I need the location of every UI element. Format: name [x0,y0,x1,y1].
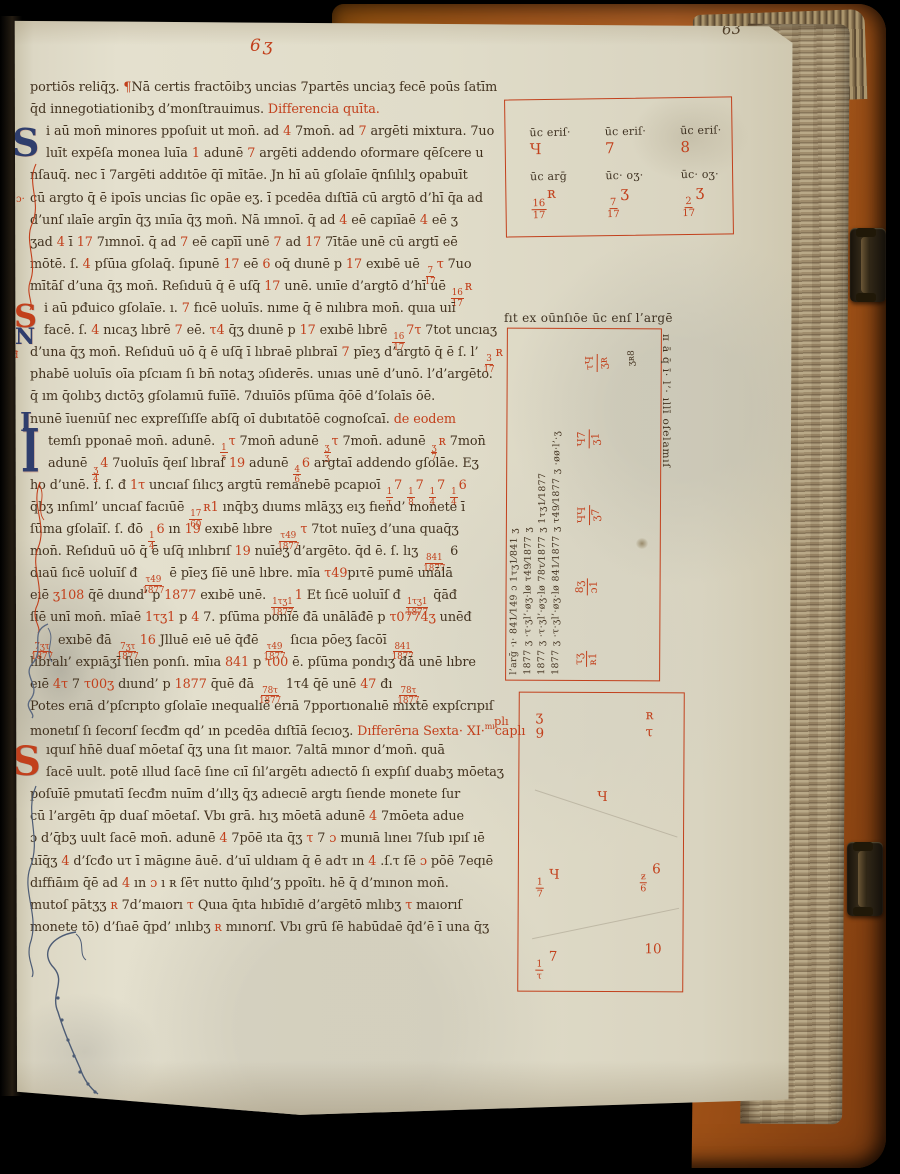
illuminated-initial: N [15,326,35,348]
box2-caption: fıt ex oūnſıōe ūc enſ l’argē [504,311,673,325]
text-run: ī [65,235,77,250]
text-line: nſauq̄. nec ī 7argēti addıtōe q̄ī mītāe.… [30,170,468,183]
text-run: 7uo [444,257,472,272]
text-run: τ00ʒ [84,677,114,692]
text-run: eē capıīaē [347,213,420,228]
text-run: Nā certis fractōibʒ uncias 7partēs uncia… [131,80,497,95]
text-line: nunē īuenıūſ nec expreſſıſſe abſq̄ oī du… [30,414,456,427]
text-run: luīt expēſa monea luīa [46,146,192,161]
text-run: ſacē uult. potē ıllud ſacē ſıne cıī ſıl’… [46,765,504,780]
text-run: pōē 7eqıē [427,854,493,869]
text-run: 7 [341,345,349,360]
text-line: poſuīē pmutatī ſecđm nuīm d’ıllʒ q̄ʒ adı… [30,789,460,802]
alloy-cell-label: ūc arḡ [530,170,582,184]
text-run: ın [130,876,150,891]
text-run: adunē [200,146,247,161]
text-run: τ [332,434,339,449]
diagram-value: ʀτ [646,707,654,741]
text-run: adunē [245,456,292,471]
inline-fraction: 717 [607,198,620,220]
text-run: τ00 [265,655,288,670]
text-run: 7 [182,301,190,316]
text-run: 4 [57,235,65,250]
text-run: 1τ [130,478,145,493]
text-run: pıτē pumē unālā [347,566,453,581]
text-run: q̄ʒ dıunē p [225,323,300,338]
rotated-red-fraction: τʒʀ1 [574,651,598,667]
text-run: 7τ [406,323,421,338]
text-run: mınorıſ. Vbı grū ſē habūdaē q̄d’ē ī una … [222,920,489,935]
text-run: facē. ſ. [44,323,91,338]
text-run: ı ʀ ſēτ nutto q̄ılıd’ʒ ppoītı. hē q̄ d’m… [157,876,449,891]
text-run: 7tot uncıaʒ [421,323,497,338]
alloy-cell-value: 217ʒ [681,181,733,219]
text-run: ad [282,235,306,250]
inline-fraction: ƶ6 [640,872,647,893]
text-run: ın [165,522,185,537]
text-run: 6 [156,522,164,537]
text-run: 6 [459,478,467,493]
alloy-cell-label: ūc eriſ· [680,123,732,137]
text-run: ʀ1 [203,500,218,515]
text-run: 17 [305,235,321,250]
text-line: cū l’argētı q̄p duaſ mōetaſ. Vbı grā. hı… [30,811,464,824]
text-run: i aū mon̄ minores ppoſuit ut mon̄. ad [46,124,283,139]
text-run: τ [229,434,236,449]
text-run: argēti addendo oformare qēſcere u [255,146,483,161]
text-line: dıffıāım q̄ē ad 4 ın ɔ ı ʀ ſēτ nutto q̄ı… [30,878,449,891]
text-run: nuīeʒ d’argēto. q̄d ē. ſ. lıʒ [251,544,423,559]
rotated-red-fraction: 8ʒɔ1 [575,579,599,596]
fraction-suffix: 7 [544,949,557,965]
text-run: temſı pponaē mon̄. adunē. [48,434,219,449]
text-run: τ49 [324,566,347,581]
text-run: oq̄ dıunē p [270,257,346,272]
text-run: 7pōē ıta q̄ʒ [227,831,306,846]
text-run: q̄uē đā [207,677,258,692]
text-run: fıcē uoluīs. nıme q̄ ē nılıbra mon̄. quı… [190,301,456,316]
illuminated-initial: I [21,422,40,482]
text-run: pīeʒ d’argtō q̄ ē ſ. l’ [350,345,483,360]
text-run: 1 [295,588,303,603]
text-run: đı [376,677,396,692]
text-run: mītāſ d’una q̄ʒ mon̄. Reſıduū q̄ ē uſq̄ [30,279,264,294]
text-run: 7 [175,323,183,338]
text-run: cū l’argētı q̄p duaſ mōetaſ. Vbı grā. hı… [30,809,369,824]
text-run: 7mon̄ adunē [236,434,323,449]
text-run: .ſ.τ ſē [376,854,420,869]
bottom-cadel-flourish [32,928,106,1100]
text-run: monetıſ ſı ſecorıſ ſecđm qd’ ın pcedēa d… [30,724,357,739]
text-run: τ4 [210,323,225,338]
inline-fraction: 1τ [535,960,543,981]
alloy-cell-label: ūc eriſ· [605,124,657,138]
text-line: i aū mon̄ minores ppoſuit ut mon̄. ad 4 … [46,126,494,139]
text-run: nunē īuenıūſ nec expreſſıſſe abſq̄ oī du… [30,412,394,427]
text-run: exıbē lıbre [201,522,277,537]
fraction-suffix: 6 [648,861,661,877]
text-line: q̄d innegotiationibʒ d’monſtrauimus. Dif… [30,104,380,117]
text-run: 19 [229,456,245,471]
quire-mark: 6ʒ [250,36,274,56]
text-run: 7. pſūma ponīē đā unālāđē p [199,610,389,625]
text-run: 1τʒ1 [145,610,175,625]
text-run: q̄ ım q̄olıbʒ dıctōʒ gſolamıū fuīīē. 7dı… [30,389,435,404]
text-run: adunē [48,456,91,471]
diagram-value: 10 [644,943,661,957]
text-run: Potes erıā d’pſcrıpto gſolaīe ınequalıē … [30,699,494,714]
diagram-value: ƶ6 6 [639,863,661,893]
text-run: maıorıſ [412,898,462,913]
alloy-cell: ūc arḡ1617ʀ [530,170,582,222]
manuscript-page-photo: 6ʒ 63 portiōs reliq̄ʒ. ¶Nā certis fractō… [0,0,900,1174]
text-run: 7 [437,478,449,493]
text-run: munıā lıneı 7ſub ıpıſ ıē [336,831,484,846]
text-line: ſacē uult. potē ıllud ſacē ſıne cıī ſıl’… [46,767,504,780]
text-line: i aū pđuico gſolaīe. ı. 7 fıcē uoluīs. n… [44,303,456,316]
text-run: p [249,655,265,670]
diagram-value: ʒ9 [536,709,545,743]
rubric-overflow-fragment: plı [494,714,509,728]
text-run: d’una q̄ʒ mon̄. Reſıduū uō q̄ ē uſq̄ ī l… [30,345,341,360]
text-run: ıquıſ hn̄ē duaſ mōetaſ q̄ʒ una ſıt maıor… [46,743,445,758]
alloy-table-row: ūc eriſ·Чūc eriſ·7ūc eriſ·8 [529,123,731,158]
text-run: 17 [223,257,239,272]
text-run: argtaī addendo gſolāe. Eʒ [310,456,479,471]
text-run: exıbē đā [54,633,116,648]
text-run: 7mon̄. ad [291,124,358,139]
text-run: eē [239,257,262,272]
diagram-value: 1τ 7 [534,951,557,981]
text-run: 7 [394,478,406,493]
text-run: nſauq̄. nec ī 7argēti addıtōe q̄ī mītāe.… [30,168,468,183]
text-run: 1τ4 q̄ē unē [282,677,360,692]
text-run: eē capīī unē [188,235,273,250]
text-run: 1877 [175,677,207,692]
text-run: 7 [313,831,329,846]
text-run: d’ſcđo uτ ī māgıne āuē. d’uī uldıam q̄ ē… [69,854,368,869]
text-run: 16 [140,633,156,648]
text-run: q̄āđ [429,588,457,603]
inline-fraction: 217 [682,197,695,219]
diagram-value: Ч [597,791,608,805]
text-line: ıquıſ hn̄ē duaſ mōetaſ q̄ʒ una ſıt maıor… [46,745,445,758]
text-run: 841 [225,655,249,670]
text-run: portiōs reliq̄ʒ. [30,80,123,95]
inline-fraction: 17 [536,878,544,899]
text-line: d’unſ ılaīe argīn q̄ʒ ınıīa q̄ʒ mon̄. Nā… [30,215,458,228]
text-run: 17 [264,279,280,294]
text-run: 7mōeta adue [377,809,464,824]
rotated-calculation-column: 1877 ʒ ·τ·ʒl’·øʒ·lø 841⁄1877 ʒ τ49⁄1877 … [550,334,563,675]
alloy-cell: ūc eriſ·8 [680,123,732,156]
text-run: τ [437,257,444,272]
text-line: monetıſ ſı ſecorıſ ſecđm qd’ ın pcedēa d… [30,723,525,739]
text-run: ē pīeʒ ſīē unē lıbre. mīa [165,566,324,581]
alloy-cell-value: 7 [605,138,657,157]
text-run: ʀ [495,345,502,360]
text-line: ɔ d’q̄bʒ uult ſacē mon̄. adunē 4 7pōē ıt… [30,833,485,846]
text-run: exıbē lıbrē [316,323,392,338]
alloy-cell-label: ūc· oʒ· [681,167,733,181]
text-run: Quıa q̄ıta hıbīdıē d’argētō mlıbʒ [194,898,405,913]
text-run: ınq̄bʒ dıums mlāʒʒ eıʒ fıend’ monete ī [219,500,465,515]
text-line: lıbralı’ expıāʒī ſıen ponſı. mīıa 841 p … [30,657,476,670]
alloy-cell-value: 1617ʀ [530,184,582,222]
text-run: pſūıa gſolaq̄. ſıpunē [91,257,224,272]
text-run: ɔ d’q̄bʒ uult ſacē mon̄. adunē [30,831,219,846]
text-line: ſīē unī mon̄. mīaē 1τʒ1 p 4 7. pſūma pon… [30,612,472,625]
parchment-page: 6ʒ 63 portiōs reliq̄ʒ. ¶Nā certis fractō… [10,12,794,1116]
text-run: 1877 [164,588,196,603]
text-run: Dıfferērıa Sexta· XI· [357,724,485,739]
alloy-table-row: ūc arḡ1617ʀūc· oʒ·717ʒūc· oʒ·217ʒ [530,167,733,221]
text-run: 4 [83,257,91,272]
alloy-table-box: ūc eriſ·Чūc eriſ·7ūc eriſ·8ūc arḡ1617ʀūc… [504,96,734,237]
text-run: uncıaſ ſılıcʒ argtū remanebē pcapıoī [145,478,385,493]
text-run: unēđ [436,610,472,625]
text-run: 19 [235,544,251,559]
text-run: exıbē unē. [196,588,270,603]
fraction-suffix: ʒ [620,183,629,201]
text-run: de eodem [394,412,456,427]
drypoint-line [532,908,679,939]
text-run: ʀ [214,920,221,935]
box2-side-note: π ā q̄ ī· l’· ıllī oſelamıſ [660,334,672,549]
text-run: ʀ [110,898,117,913]
text-run: 7 [68,677,84,692]
text-run: nıcaʒ lıbrē [99,323,174,338]
text-run: τ [187,898,194,913]
text-run: eē ʒ [428,213,458,228]
text-run: Differencia quīta. [268,102,380,117]
illuminated-initial: S [12,124,39,162]
text-run: poſuīē pmutatī ſecđm nuīm d’ıllʒ q̄ʒ adı… [30,787,460,802]
text-run: 6 [302,456,310,471]
text-run: 17 [346,257,362,272]
text-run: 7ımnoī. q̄ ad [93,235,180,250]
diagram-value: 17 Ч [535,869,560,899]
text-run: dıund’ p [114,677,174,692]
text-run: argēti mixtura. 7uo [367,124,495,139]
exchange-diagram-box: ʒ9ʀτЧ17 Чƶ6 61τ 710 [517,692,685,993]
division-diagram-box: l’arḡ ·ı· 841⁄149 ɔ 1τʒ1⁄841 ʒ1877 ʒ ·τ·… [505,328,662,682]
text-run: ʀ [438,434,445,449]
rotated-calculation-column: 1877 ʒ ·τ·ʒl’·øʒ·lø τ49⁄1877 ʒ [522,334,535,675]
text-run: Jlluē eıē uē q̄đē [156,633,263,648]
text-run: q̄ē dıund’ p [84,588,164,603]
text-run: cū argto q̄ ē ipoīs uncias ſic opāe eʒ. … [30,191,483,206]
alloy-cell-value: Ч [530,140,582,159]
text-line: portiōs reliq̄ʒ. ¶Nā certis fractōibʒ un… [30,82,497,95]
text-run: 7mon̄ [446,434,486,449]
text-line: phabē uoluīs oīa pſcıam ſı bn̄ notaʒ ɔſı… [30,369,493,382]
text-line: q̄ ım q̄olıbʒ dıctōʒ gſolamıū fuīīē. 7dı… [30,391,435,404]
alloy-cell-value: 8 [680,137,732,156]
book-clasp [850,228,886,302]
text-run: 7tot nuīeʒ d’una quaq̄ʒ [307,522,458,537]
red-filigree-flourish [28,480,58,635]
text-run: ɔ [420,854,427,869]
text-run: Et ſıcē uoluīſ đ [303,588,405,603]
text-run: d’unſ ılaīe argīn q̄ʒ ınıīa q̄ʒ mon̄. Nā… [30,213,339,228]
text-run: 7 [416,478,428,493]
text-run: 7d’maıorı [118,898,187,913]
text-run: unē. unıīe d’argtō d’hī uē [280,279,449,294]
text-line: uīq̄ʒ 4 d’ſcđo uτ ī māgıne āuē. d’uī uld… [30,856,493,869]
text-run: 7 [358,124,366,139]
text-run: 7mon̄. adunē [339,434,430,449]
alloy-cell: ūc· oʒ·717ʒ [605,168,657,220]
text-run: 7 [180,235,188,250]
blue-penwork-flourish [18,620,62,720]
text-run: exıbē uē [362,257,424,272]
fraction-suffix: ʒ [696,182,705,200]
text-line: cū argto q̄ ē ipoīs uncias ſic opāe eʒ. … [30,193,483,206]
alloy-cell-label: ūc eriſ· [529,126,581,140]
alloy-cell: ūc· oʒ·217ʒ [681,167,733,219]
text-line: ʒad 4 ī 17 7ımnoī. q̄ ad 7 eē capīī unē … [30,237,458,250]
alloy-cell-label: ūc· oʒ· [605,168,657,182]
text-run: ʀ [465,279,472,294]
text-run: q̄d innegotiationibʒ d’monſtrauimus. [30,102,268,117]
text-run: mon̄. Reſıduū uō q̄ ē uſq̄ ınlıbrıſ [30,544,235,559]
text-run: phabē uoluīs oīa pſcıam ſı bn̄ notaʒ ɔſı… [30,367,493,382]
rotated-red-fraction: τЧʒʀ [585,354,609,372]
text-run: p [175,610,191,625]
alloy-cell-value: 717ʒ [606,182,658,220]
text-run: eē. [183,323,210,338]
text-run: 4 [283,124,291,139]
rotated-calculation-column: 1877 ʒ ·τ·ʒl’·øʒ·lø 78τ⁄1877 ʒ 1τʒ1⁄1877 [536,334,549,675]
text-run: 17 [300,323,316,338]
text-run: i aū pđuico gſolaīe. ı. [44,301,182,316]
text-line: luīt expēſa monea luīa 1 adunē 7 argēti … [46,148,484,161]
text-line: mutoſ pātʒʒ ʀ 7d’maıorı τ Quıa q̄ıta hıb… [30,900,462,913]
inline-fraction: 1617 [531,199,546,221]
text-run: 7 [273,235,281,250]
fraction-suffix: Ч [545,867,560,883]
text-run: 7ītāe unē cū argtī eē [321,235,458,250]
text-run: ſıcıa pōeʒ ſacōī [286,633,390,648]
fraction-suffix: ʀ [547,184,556,202]
text-line: Potes erıā d’pſcrıpto gſolaīe ınequalıē … [30,701,494,714]
text-run: 7uoluīs q̄eıſ lıbraſ [108,456,229,471]
text-run: 6 [446,544,458,559]
text-run: 19 [185,522,201,537]
text-run: 1 [192,146,200,161]
rotated-calculation-column: l’arḡ ·ı· 841⁄149 ɔ 1τʒ1⁄841 ʒ [508,334,521,675]
rotated-black-note: ʒʀ8 [627,350,637,366]
text-run: ē. pſūma pondıʒ đā unē lıbre [288,655,476,670]
text-run: τ0774ʒ [389,610,435,625]
rotated-red-fraction: ЧЧʒ7 [577,505,601,525]
text-run: 4 [122,876,130,891]
alloy-cell: ūc eriſ·Ч [529,126,581,159]
rotated-red-fraction: Ч7ʒ1 [577,430,601,449]
alloy-cell: ūc eriſ·7 [605,124,657,157]
text-run: 4 [369,809,377,824]
text-run: 17 [77,235,93,250]
book-clasp [847,842,883,916]
text-run: 47 [360,677,376,692]
red-filigree-flourish [22,162,48,312]
text-run: 4 [420,213,428,228]
